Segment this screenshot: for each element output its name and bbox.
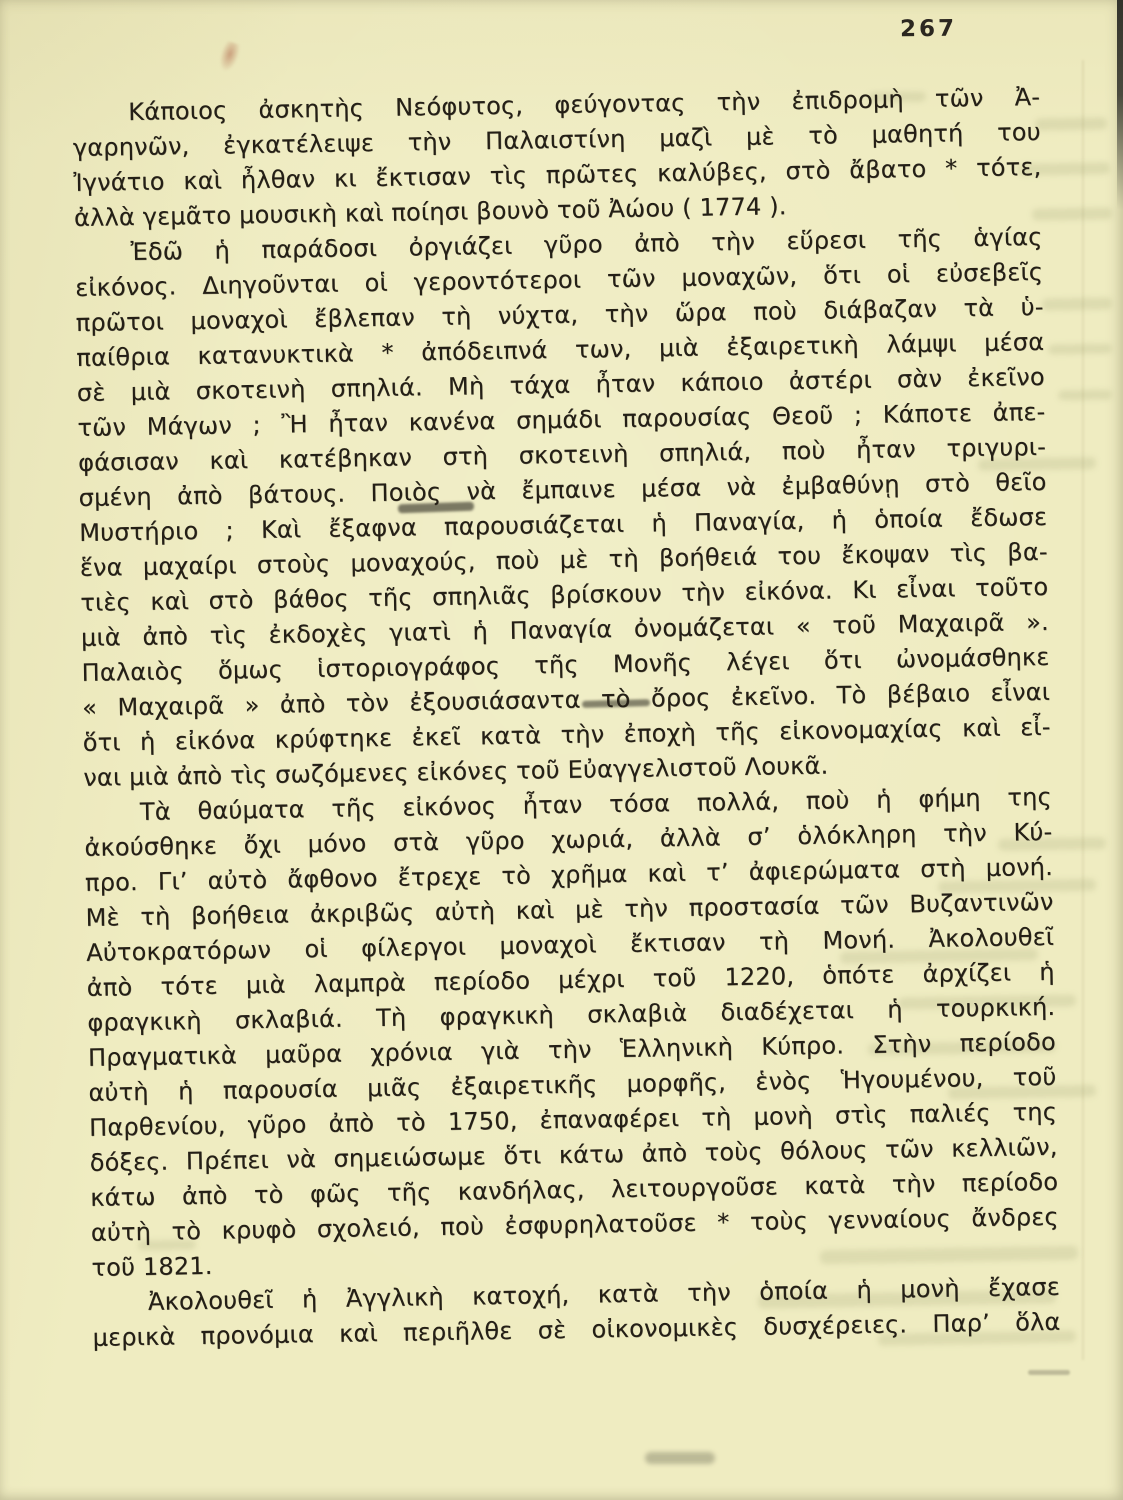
ink-smudge [216,40,242,74]
page-number: 267 [900,16,957,43]
scanned-page: 267 Κάποιος ἀσκητὴς Νεόφυτος, φεύγοντας … [0,0,1123,1500]
bleed-through-mark [1032,207,1112,220]
scan-edge-shadow [1117,0,1123,210]
ink-smudge [1028,1370,1070,1375]
bleed-through-mark [1048,343,1112,354]
ink-smudge [645,1452,715,1464]
text-block: Κάποιος ἀσκητὴς Νεόφυτος, φεύγοντας τὴν … [72,80,1061,1356]
fold-line [1082,60,1084,1360]
bleed-through-mark [1035,117,1107,130]
bleed-through-mark [1042,297,1112,310]
bleed-through-mark [1058,390,1112,401]
